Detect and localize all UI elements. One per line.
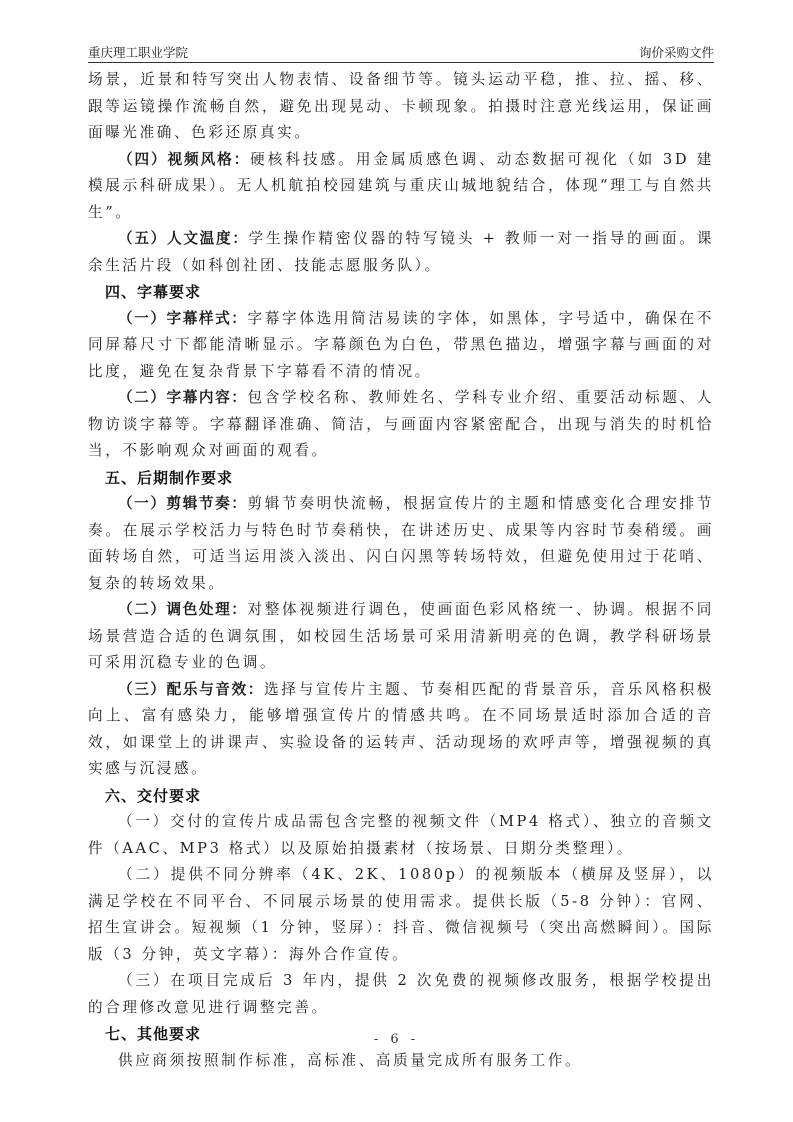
paragraph-other-requirements: 供应商须按照制作标准，高标准、高质量完成所有服务工作。 [88, 1048, 714, 1075]
paragraph-subtitle-style: （一）字幕样式：字幕字体选用简洁易读的字体，如黑体，字号适中，确保在不同屏幕尺寸… [88, 306, 714, 386]
paragraph-music-sound: （三）配乐与音效：选择与宣传片主题、节奏相匹配的背景音乐，音乐风格积极向上、富有… [88, 677, 714, 783]
paragraph-lead: （二）字幕内容： [118, 389, 247, 406]
paragraph-video-style: （四）视频风格：硬核科技感。用金属质感色调、动态数据可视化（如 3D 建模展示科… [88, 147, 714, 227]
section-heading-post-production: 五、后期制作要求 [88, 465, 714, 492]
paragraph-delivery-files: （一）交付的宣传片成品需包含完整的视频文件（MP4 格式）、独立的音频文件（AA… [88, 809, 714, 862]
page-header: 重庆理工职业学院 询价采购文件 [88, 40, 714, 63]
header-document-type: 询价采购文件 [639, 43, 714, 61]
paragraph-continued: 场景，近景和特写突出人物表情、设备细节等。镜头运动平稳，推、拉、摇、移、跟等运镜… [88, 67, 714, 147]
paragraph-editing-rhythm: （一）剪辑节奏：剪辑节奏明快流畅，根据宣传片的主题和情感变化合理安排节奏。在展示… [88, 491, 714, 597]
section-heading-subtitles: 四、字幕要求 [88, 279, 714, 306]
header-institution: 重庆理工职业学院 [88, 43, 188, 61]
document-body: 场景，近景和特写突出人物表情、设备细节等。镜头运动平稳，推、拉、摇、移、跟等运镜… [88, 67, 714, 1074]
paragraph-subtitle-content: （二）字幕内容：包含学校名称、教师姓名、学科专业介绍、重要活动标题、人物访谈字幕… [88, 385, 714, 465]
paragraph-lead: （一）剪辑节奏： [118, 495, 247, 512]
paragraph-lead: （二）调色处理： [118, 601, 247, 618]
paragraph-human-warmth: （五）人文温度：学生操作精密仪器的特写镜头 + 教师一对一指导的画面。课余生活片… [88, 226, 714, 279]
paragraph-lead: （一）字幕样式： [118, 310, 247, 327]
paragraph-delivery-revisions: （三）在项目完成后 3 年内，提供 2 次免费的视频修改服务，根据学校提出的合理… [88, 968, 714, 1021]
paragraph-lead: （四）视频风格： [118, 151, 250, 168]
paragraph-lead: （三）配乐与音效： [118, 681, 264, 698]
paragraph-delivery-versions: （二）提供不同分辨率（4K、2K、1080p）的视频版本（横屏及竖屏），以满足学… [88, 862, 714, 968]
paragraph-lead: （五）人文温度： [118, 230, 249, 247]
paragraph-color-grading: （二）调色处理：对整体视频进行调色，使画面色彩风格统一、协调。根据不同场景营造合… [88, 597, 714, 677]
section-heading-delivery: 六、交付要求 [88, 783, 714, 810]
page-number: - 6 - [0, 1032, 793, 1047]
